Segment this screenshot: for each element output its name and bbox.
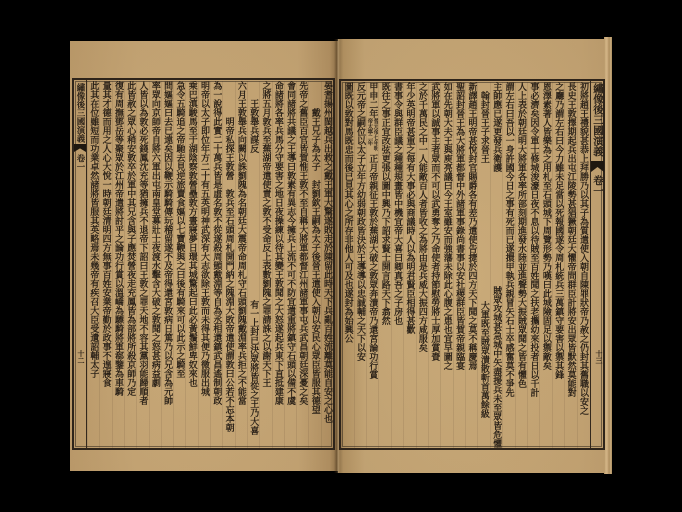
text-column: 明帝以太子即位年方二十有五英明神武深有大志欲除王敦而未得其便乃微服出城 — [198, 81, 210, 448]
text-column: 謂左右曰吾以一身許國今日之事有死而已遂擐甲執兵親冒矢石士卒感奮莫不爭先 — [502, 82, 514, 448]
photo-background: { "colors": { "background": "#000000", "… — [0, 0, 682, 512]
text-column: 戴王兄子為太子封劉欽王嗣為太子後晉王遣使入朝以安民心眾臣皆服其德望 — [308, 81, 320, 448]
column-text: 復有周撫鄧岳等聚眾於江州帝遣將討平之論功行賞以溫嶠為驃騎將軍郗鑒為車騎 — [113, 81, 123, 396]
column-text: 長史王敦擇期起兵出屯江陵勢甚猖獗朝廷大懼帝問群臣計將安出眾皆默然莫能對 — [566, 82, 576, 397]
column-text: 主帥應已遂更發兵衛護 — [491, 82, 501, 172]
text-column: 量其才德而用之人心大悅一時朝廷清明四方無事百姓安業帝勤於政事不遑寢食 — [99, 81, 111, 448]
text-column: 此其在位雖短而功業卓然諸將皆服其英略焉未幾帝有疾召大臣受遺詔輔太子 — [87, 81, 99, 448]
page-margin-title: 繡像後三國演義 — [592, 83, 603, 161]
text-column: 主帥應已遂更發兵衛護賊眾攻城甚急城中矢盡援兵未至眾皆危懼 — [490, 82, 502, 448]
column-text: 如在先朝大夫王與庾亮議曰今王室雖安而強藩未除此心腹之患也宜早圖之 — [442, 82, 452, 370]
text-column: 翰封晉王子求晉王大軍既至賊眾潰散斬首萬餘級 — [477, 82, 489, 448]
column-heading: 戴王兄子為太子 — [310, 108, 320, 171]
column-text: 明帝以太子即位年方二十有五英明神武深有大志欲除王敦而未得其便乃微服出城 — [199, 81, 209, 396]
column-text: 為一說得此實二十萬兵皆是虛名敦不從遂殺周顗戴淵等自為丞相還鎮武昌遙制朝政 — [211, 81, 221, 405]
column-text: 年少英明帝甚重之每有大事必與商議時人以為明君賢臣相得甚歡 — [405, 82, 415, 334]
column-text: 恩澤素著人皆樂為之用札至石頭城下周覽形勢乃嘆曰此城險固足以禦敵矣 — [541, 82, 551, 370]
column-heading: 明帝私探王敦營 — [224, 117, 234, 180]
column-text: 命諸將各率兵馬分守要害之地日夜操練以待其變王敦聞之大怒遂起兵東下直抵建康 — [273, 81, 283, 405]
text-column: 如在先朝大夫王與庾亮議曰今王室雖安而強藩未除此心腹之患也宜早圖之 — [440, 82, 452, 448]
volume-label: 卷一 — [75, 154, 85, 174]
page-stack-edge — [604, 37, 612, 474]
column-text: 武將軍以誠事主者眾而不可以武勇奪之乃命使者持節慰勞將士厚加賞賚 — [429, 82, 439, 361]
small-annotation: 晉元帝七年明帝太寧二年 — [366, 118, 378, 154]
page-number: 十二 — [76, 350, 85, 372]
text-column: 晏耆揚州閩越兵出救之戴王軍大驚遂敗走於陳留此時天下兵亂百姓流離莫能自安之心也 — [321, 81, 333, 448]
text-column: 乘巴滇駿馬至于湖陰察敦營壘敦方晝寢夢日環其城驚起曰此必黃鬚鮮卑奴來也 — [185, 81, 197, 448]
text-column: 人皆以為敦必死錢鳳沈充等猶擁兵不退帝下詔曰王敦之罪天地不容其黨羽能歸順者 — [136, 81, 148, 448]
text-column: 六月王敦舉兵向闕以誅劉隗為名朝廷大震帝命周札守石頭劉隗戴淵率兵拒之不能當 — [235, 81, 247, 448]
text-column: 王敦舉兵謀反有一上封已決眾將皆從之王乃大喜 — [247, 81, 259, 448]
column-text: 量其才德而用之人心大悅一時朝廷清明四方無事百姓安業帝勤於政事不遑寢食 — [101, 81, 111, 387]
text-column: 急令五騎追之帝馳去見逆旅賣食嫗以七寶鞭與之曰後有騎來可以此示之騎至 — [173, 81, 185, 448]
column-text: 六月王敦舉兵向闕以誅劉隗為名朝廷大震帝命周札守石頭劉隗戴淵率兵拒之不能當 — [236, 81, 246, 405]
column-text: 先帝之舊臣百官皆賀惟王敦不至自稱大將軍都督江州諸軍事屯兵武昌朝廷深憂之矣 — [297, 81, 307, 405]
text-column: 反元帝之嗣位以太子立年方幼弱朝政皆決於王導導以忠誠輔之天下以安 — [354, 82, 366, 448]
column-text: 大軍既至賊眾潰散斬首萬餘級 — [479, 301, 489, 418]
column-text: 賊眾攻城甚急城中矢盡援兵未至眾皆危懼 — [491, 286, 501, 448]
text-column: 圖既以致對馬既忠而後已見其心之所存非他人可及也遂封為始興公 — [341, 82, 353, 448]
column-text: 此其在位雖短而功業卓然諸將皆服其英略焉未幾帝有疾召大臣受遺詔輔太子 — [88, 81, 98, 378]
text-column: 此皆赦之眾心稍安敦卒於軍中其兄含與子應焚營夜走充鳳皆為部將所殺京師乃定 — [124, 81, 136, 448]
text-column: 為一說得此實二十萬兵皆是虛名敦不從遂殺周顗戴淵等自為丞相還鎮武昌遙制朝政 — [210, 81, 222, 448]
text-column: 人上表於朝廷明大將軍各率所部刻期進發水陸並進聲勢大振賊眾聞之皆有懼色 — [515, 82, 527, 448]
column-text: 新譯趙王明帝甚悅封官賜爵各有差乃遣使告捷於四方天下聞之莫不稱慶焉 — [466, 82, 476, 370]
column-heading: 王敦舉兵謀反 — [248, 99, 258, 153]
column-text: 率眾向京師帝自將六軍出屯南皇堂募壯士夜渡水擊含大破之敦聞之怒甚病益劇 — [150, 81, 160, 387]
column-text: 正月帝親征王敦於蕪湖大破之敦眾奔潰帝乃還宮論功行賞 — [367, 154, 377, 379]
column-text: 有一上封已決眾將皆從之王乃大喜 — [248, 300, 258, 435]
text-column: 率眾向京師帝自將六軍出屯南皇堂募壯士夜渡水擊含大破之敦聞之怒甚病益劇 — [149, 81, 161, 448]
text-column: 明帝私探王敦營敦兵至石頭周札開門納之隗淵大敗帝遣使謂敦曰公若不忘本朝 — [222, 81, 234, 448]
column-text: 謂左右曰吾以一身許國今日之事有死而已遂擐甲執兵親冒矢石士卒感奮莫不爭先 — [504, 82, 514, 397]
column-text: 聖詔封晉王為大將軍都督中外諸軍事錄尚書事以安社稷群臣皆賀帝親臨宴 — [454, 82, 464, 370]
text-column: 命諸將各率兵馬分守要害之地日夜操練以待其變王敦聞之大怒遂起兵東下直抵建康 — [272, 81, 284, 448]
column-text: 書事令與群臣議之種種規畫皆中機宜帝大喜曰卿真吾之子房也 — [392, 82, 402, 325]
text-column: 初將趙王禮貌甚恭上拜勝乃以其子為質遣使入朝自陳罪狀帝乃赦之仍封其舊職以安之 — [577, 82, 589, 448]
column-text: 人皆以為敦必死錢鳳沈充等猶擁兵不退帝下詔曰王敦之罪天地不容其黨羽能歸順者 — [138, 81, 148, 405]
text-column: 恩澤素著人皆樂為之用札至石頭城下周覽形勢乃嘆曰此城險固足以禦敵矣 — [539, 82, 551, 448]
text-column: 長史王敦擇期起兵出屯江陵勢甚猖獗朝廷大懼帝問群臣計將安出眾皆默然莫能對 — [564, 82, 576, 448]
text-column: 之將五月敦兵至蕪湖帝遣使責之敦不受命反上表數劉隗之罪請誅之以謝天下王 — [259, 81, 271, 448]
text-column: 新譯趙王明帝甚悅封官賜爵各有差乃遣使告捷於四方天下聞之莫不稱慶焉 — [465, 82, 477, 448]
text-column: 甲申二年晉元帝七年明帝太寧二年正月帝親征王敦於蕪湖大破之敦眾奔潰帝乃還宮論功行賞 — [366, 82, 378, 448]
column-text: 急令五騎追之帝馳去見逆旅賣食嫗以七寶鞭與之曰後有騎來可以此示之騎至 — [174, 81, 184, 378]
column-text: 問嫗嫗曰去已遠矣因以鞭示騎騎傳玩稽留遂不及帝得還宮敦病日篤乃以兄含為元帥 — [162, 81, 172, 405]
volume-label: 卷一 — [592, 175, 603, 199]
right-margin-divider — [590, 81, 591, 448]
column-text: 封劉欽王嗣為太子後晉王遣使入朝以安民心眾臣皆服其德望 — [310, 180, 320, 414]
text-column: 武將軍以誠事主者眾而不可以武勇奪之乃命使者持節慰勞將士厚加賞賚 — [428, 82, 440, 448]
text-column: 之於千萬民之中一人能敵百人者皆收之為將由是兵威大振四方咸服矣 — [416, 82, 428, 448]
text-column: 問嫗嫗曰去已遠矣因以鞭示騎騎傳玩稽留遂不及帝得還宮敦病日篤乃以兄含為元帥 — [161, 81, 173, 448]
column-text: 會同諸將共議之王導曰敦素有異志今擁兵上流不可不防宜遣重將鎮守石頭以備不虞 — [285, 81, 295, 405]
column-text: 反元帝之嗣位以太子立年方幼弱朝政皆決於王導導以忠誠輔之天下以安 — [355, 82, 365, 361]
column-text: 人上表於朝廷明大將軍各率所部刻期進發水陸並進聲勢大振賊眾聞之皆有懼色 — [516, 82, 526, 388]
column-text: 之於千萬民之中一人能敵百人者皆收之為將由是兵威大振四方咸服矣 — [417, 82, 427, 352]
column-text: 甲申二年 — [367, 82, 377, 118]
column-heading: 翰封晉王子求晉王 — [479, 91, 489, 163]
column-text: 之廳乃謂左右曰今力雖未足當以死報國遂令周札統兵三萬鎮守要害以禦其鋒 — [553, 82, 563, 379]
column-text: 此皆赦之眾心稍安敦卒於軍中其兄含與子應焚營夜走充鳳皆為部將所殺京師乃定 — [125, 81, 135, 396]
column-text: 乘巴滇駿馬至于湖陰察敦營壘敦方晝寢夢日環其城驚起曰此必黃鬚鮮卑奴來也 — [187, 81, 197, 387]
text-column: 聖詔封晉王為大將軍都督中外諸軍事錄尚書事以安社稷群臣皆賀帝親臨宴 — [453, 82, 465, 448]
text-column: 既往之事正宜改弦更張以圖中興乃下詔求賢士開言路天下翕然 — [378, 82, 390, 448]
right-page-text: 初將趙王禮貌甚恭上拜勝乃以其子為質遣使入朝自陳罪狀帝乃赦之仍封其舊職以安之 長史… — [341, 82, 589, 448]
text-column: 事必濟矣因令軍士修城浚濠日夜不息以待賊至百姓聞之扶老攜幼來投者日以千計 — [527, 82, 539, 448]
text-column: 先帝之舊臣百官皆賀惟王敦不至自稱大將軍都督江州諸軍事屯兵武昌朝廷深憂之矣 — [296, 81, 308, 448]
page-number: 十三 — [594, 350, 603, 372]
column-text: 敦兵至石頭周札開門納之隗淵大敗帝遣使謂敦曰公若不忘本朝 — [224, 189, 234, 432]
text-column: 復有周撫鄧岳等聚眾於江州帝遣將討平之論功行賞以溫嶠為驃騎將軍郗鑒為車騎 — [112, 81, 124, 448]
text-column: 會同諸將共議之王導曰敦素有異志今擁兵上流不可不防宜遣重將鎮守石頭以備不虞 — [284, 81, 296, 448]
column-text: 晏耆揚州閩越兵出救之戴王軍大驚遂敗走於陳留此時天下兵亂百姓流離莫能自安之心也 — [322, 81, 332, 423]
column-text: 事必濟矣因令軍士修城浚濠日夜不息以待賊至百姓聞之扶老攜幼來投者日以千計 — [528, 82, 538, 397]
text-column: 書事令與群臣議之種種規畫皆中機宜帝大喜曰卿真吾之子房也 — [391, 82, 403, 448]
column-text: 既往之事正宜改弦更張以圖中興乃下詔求賢士開言路天下翕然 — [380, 82, 390, 325]
text-column: 年少英明帝甚重之每有大事必與商議時人以為明君賢臣相得甚歡 — [403, 82, 415, 448]
column-text: 初將趙王禮貌甚恭上拜勝乃以其子為質遣使入朝自陳罪狀帝乃赦之仍封其舊職以安之 — [578, 82, 588, 415]
column-text: 之將五月敦兵至蕪湖帝遣使責之敦不受命反上表數劉隗之罪請誅之以謝天下王 — [261, 81, 271, 387]
left-page-text: 晏耆揚州閩越兵出救之戴王軍大驚遂敗走於陳留此時天下兵亂百姓流離莫能自安之心也 戴… — [87, 81, 333, 448]
column-text: 圖既以致對馬既忠而後已見其心之所存非他人可及也遂封為始興公 — [343, 82, 353, 343]
text-column: 之廳乃謂左右曰今力雖未足當以死報國遂令周札統兵三萬鎮守要害以禦其鋒 — [552, 82, 564, 448]
page-margin-title: 繡像後三國演義 — [75, 83, 85, 145]
